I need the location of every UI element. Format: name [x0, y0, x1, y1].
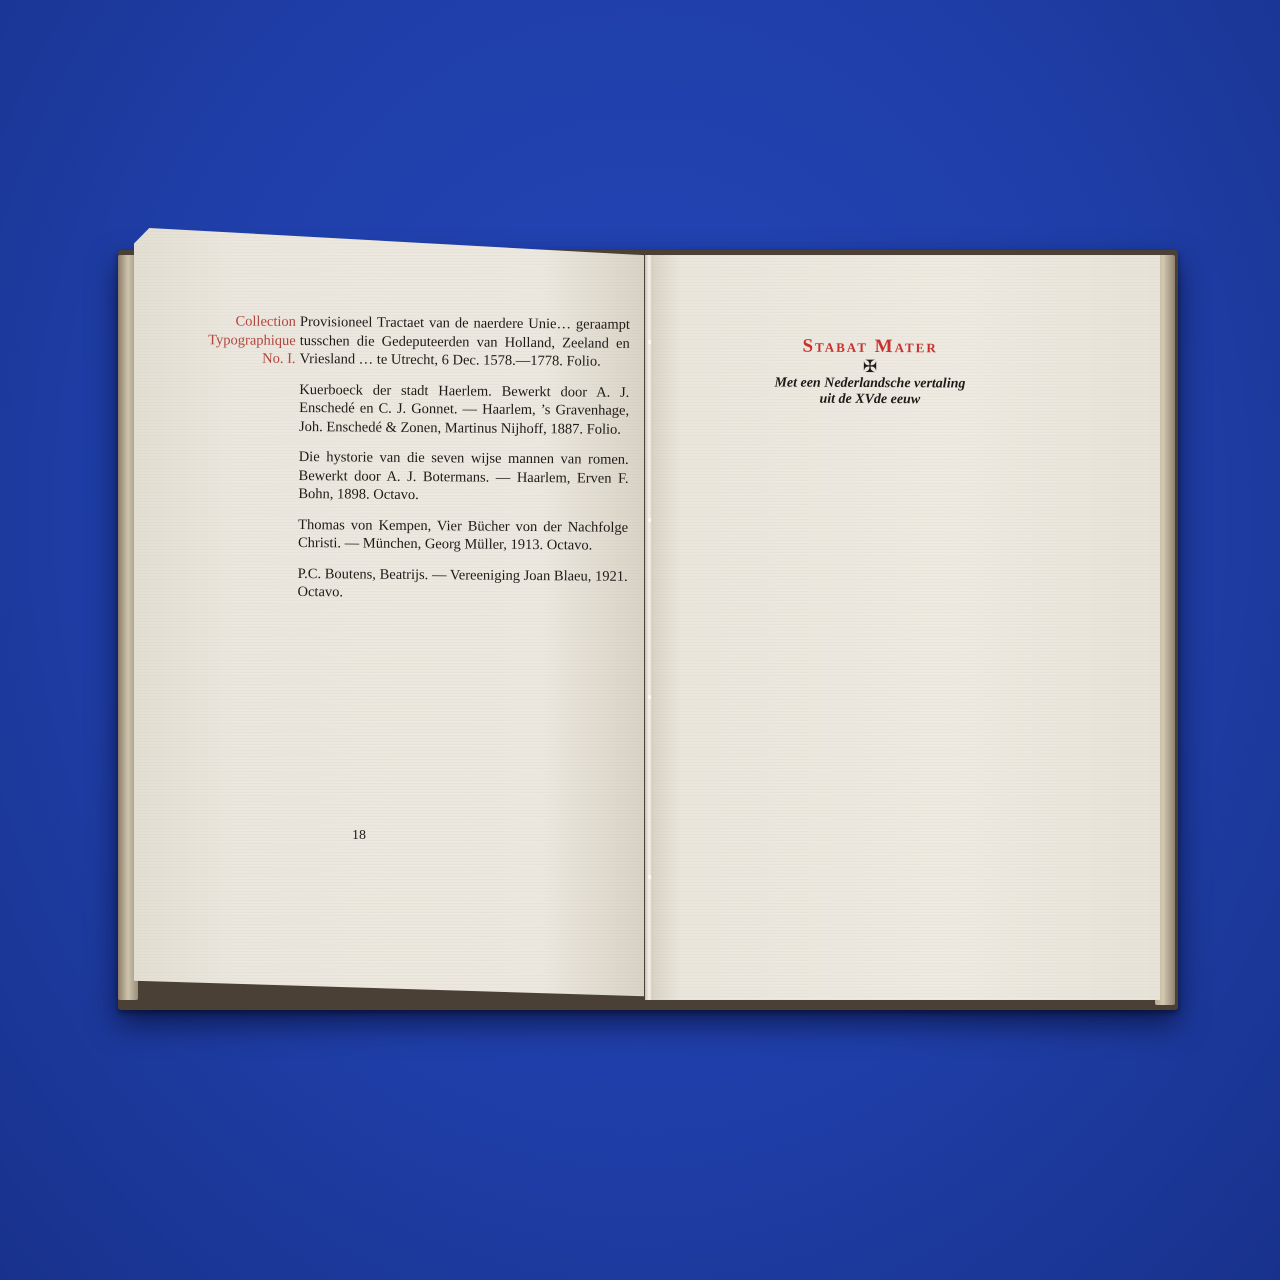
subtitle-line: Met een Nederlandsche vertaling — [740, 375, 1000, 392]
binding-stitch — [648, 518, 651, 522]
subtitle-line: uit de XVde eeuw — [740, 391, 1000, 408]
binding-stitch — [648, 875, 651, 879]
binding-stitch — [648, 695, 651, 699]
sidenote-line: No. I. — [170, 349, 296, 369]
bibliography-entry: Die hystorie van die seven wijse mannen … — [298, 448, 628, 506]
binding-stitch — [648, 340, 651, 344]
title-block: Stabat Mater ✠ Met een Nederlandsche ver… — [740, 335, 1000, 408]
bibliography-entry: Provisioneel Tractaet van de naerdere Un… — [300, 313, 630, 371]
book-gutter — [645, 255, 653, 1000]
bibliography-list: Provisioneel Tractaet van de naerdere Un… — [297, 313, 630, 616]
sidenote-line: Collection — [170, 312, 296, 332]
bibliography-entry: Thomas von Kempen, Vier Bücher von der N… — [298, 515, 628, 555]
bibliography-entry: Kuerboeck der stadt Haerlem. Bewerkt doo… — [299, 380, 629, 438]
sidenote-line: Typographique — [170, 330, 296, 350]
page-number: 18 — [352, 828, 366, 844]
cross-ornament-icon: ✠ — [740, 358, 1000, 375]
bibliography-entry: P.C. Boutens, Beatrijs. — Vereeniging Jo… — [297, 564, 627, 604]
book-title: Stabat Mater — [740, 335, 1000, 358]
collection-sidenote: Collection Typographique No. I. — [170, 312, 296, 369]
